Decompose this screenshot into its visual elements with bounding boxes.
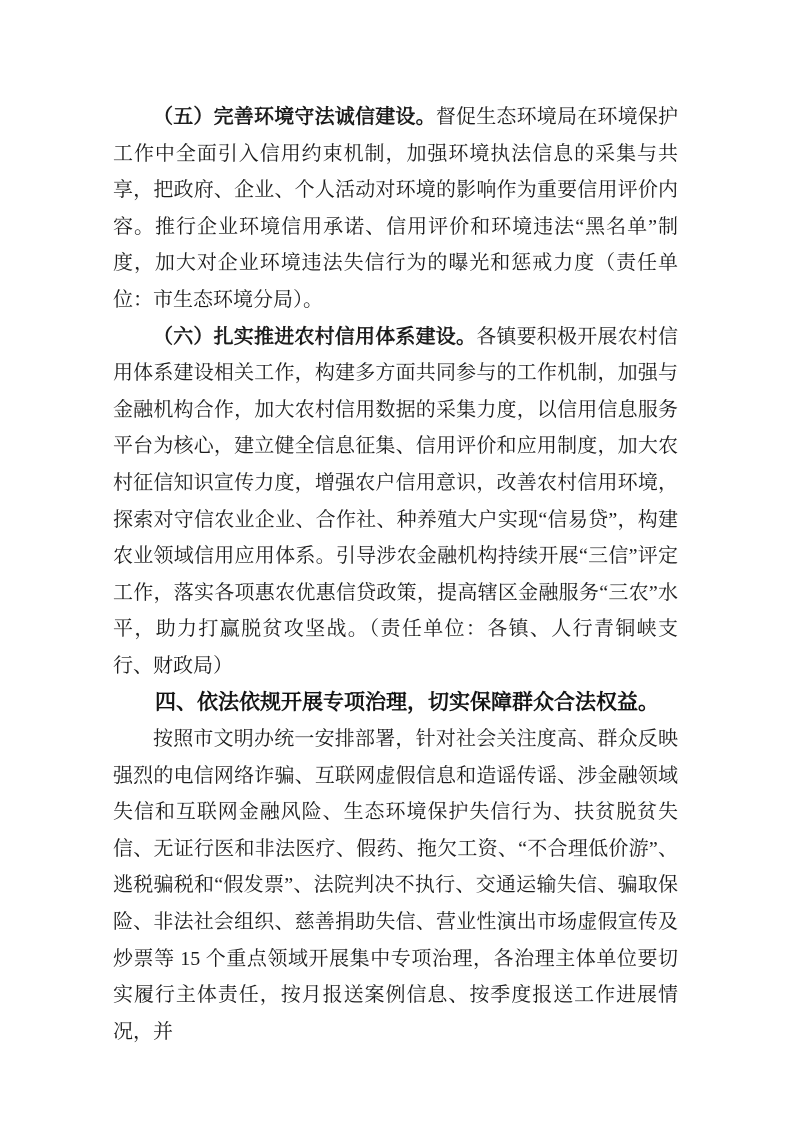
paragraph-item-6: （六）扎实推进农村信用体系建设。各镇要积极开展农村信用体系建设相关工作，构建多方… [113, 319, 678, 685]
paragraph-5-text: 督促生态环境局在环境保护工作中全面引入信用约束机制，加强环境执法信息的采集与共享… [113, 106, 678, 311]
paragraph-item-7: 按照市文明办统一安排部署，针对社会关注度高、群众反映强烈的电信网络诈骗、互联网虚… [113, 721, 678, 1050]
paragraph-6-lead: （六）扎实推进农村信用体系建设。 [153, 326, 476, 348]
document-body: （五）完善环境守法诚信建设。督促生态环境局在环境保护工作中全面引入信用约束机制，… [113, 99, 678, 1050]
section-heading-four: 四、依法依规开展专项治理，切实保障群众合法权益。 [113, 685, 678, 722]
paragraph-5-lead: （五）完善环境守法诚信建设。 [153, 106, 436, 128]
document-page: （五）完善环境守法诚信建设。督促生态环境局在环境保护工作中全面引入信用约束机制，… [0, 0, 793, 1122]
paragraph-6-text: 各镇要积极开展农村信用体系建设相关工作，构建多方面共同参与的工作机制，加强与金融… [113, 326, 678, 677]
paragraph-7-text: 按照市文明办统一安排部署，针对社会关注度高、群众反映强烈的电信网络诈骗、互联网虚… [113, 728, 678, 1043]
paragraph-item-5: （五）完善环境守法诚信建设。督促生态环境局在环境保护工作中全面引入信用约束机制，… [113, 99, 678, 319]
